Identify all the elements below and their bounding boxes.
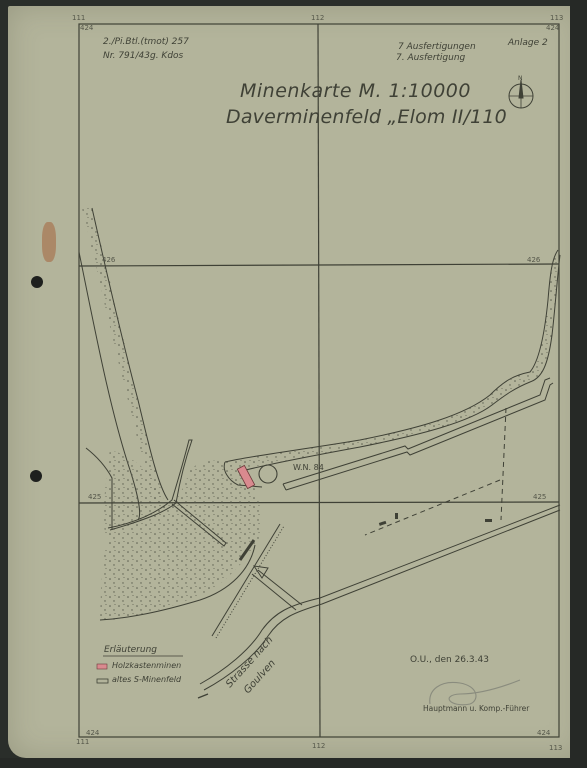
map-title: Minenkarte M. 1:10000	[240, 80, 471, 102]
grid-corner-bottom-left: 424	[86, 729, 99, 737]
place-and-date: O.U., den 26.3.43	[410, 655, 489, 665]
strongpoint-circle	[259, 465, 277, 483]
legend-title: Erläuterung	[104, 645, 157, 655]
legend-item-wooden-box-mines: Holzkastenminen	[112, 661, 181, 670]
unit-designation: 2./Pi.Btl.(tmot) 257	[103, 37, 189, 47]
grid-corner-top-right: 424	[546, 24, 559, 32]
north-arrow-icon	[509, 80, 533, 108]
map-grid	[79, 24, 559, 737]
annex-label: Anlage 2	[508, 38, 548, 48]
northern-dune-band	[224, 250, 560, 487]
signature-scrawl	[430, 680, 520, 705]
grid-label-top-113: 113	[550, 14, 563, 22]
grid-label-bottom-113: 113	[549, 744, 562, 752]
grid-row-425-left: 425	[88, 493, 101, 501]
grid-label-top-111: 111	[72, 14, 85, 22]
document-number: Nr. 791/43g. Kdos	[103, 51, 183, 61]
grid-row-425-right: 425	[533, 493, 546, 501]
strongpoint-label: W.N. 84	[293, 463, 324, 472]
grid-corner-bottom-right: 424	[537, 729, 550, 737]
bunker-marks	[379, 513, 492, 526]
minefield-name: Daverminenfeld „Elom II/110	[226, 106, 507, 128]
grid-label-top-112: 112	[311, 14, 324, 22]
signatory-rank: Hauptmann u. Komp.-Führer	[423, 704, 529, 713]
grid-label-bottom-111: 111	[76, 738, 89, 746]
grid-row-426-right: 426	[527, 256, 540, 264]
grid-row-426-left: 426	[102, 256, 115, 264]
north-label: N	[518, 75, 523, 82]
grid-corner-top-left: 424	[80, 24, 93, 32]
copies-count: 7 Ausfertigungen	[398, 42, 476, 52]
copy-number: 7. Ausfertigung	[396, 53, 465, 63]
legend-item-old-s-minefield: altes S-Minenfeld	[112, 675, 181, 684]
road-label: Strasse nach Goulven	[224, 635, 278, 696]
grid-label-bottom-112: 112	[312, 742, 325, 750]
